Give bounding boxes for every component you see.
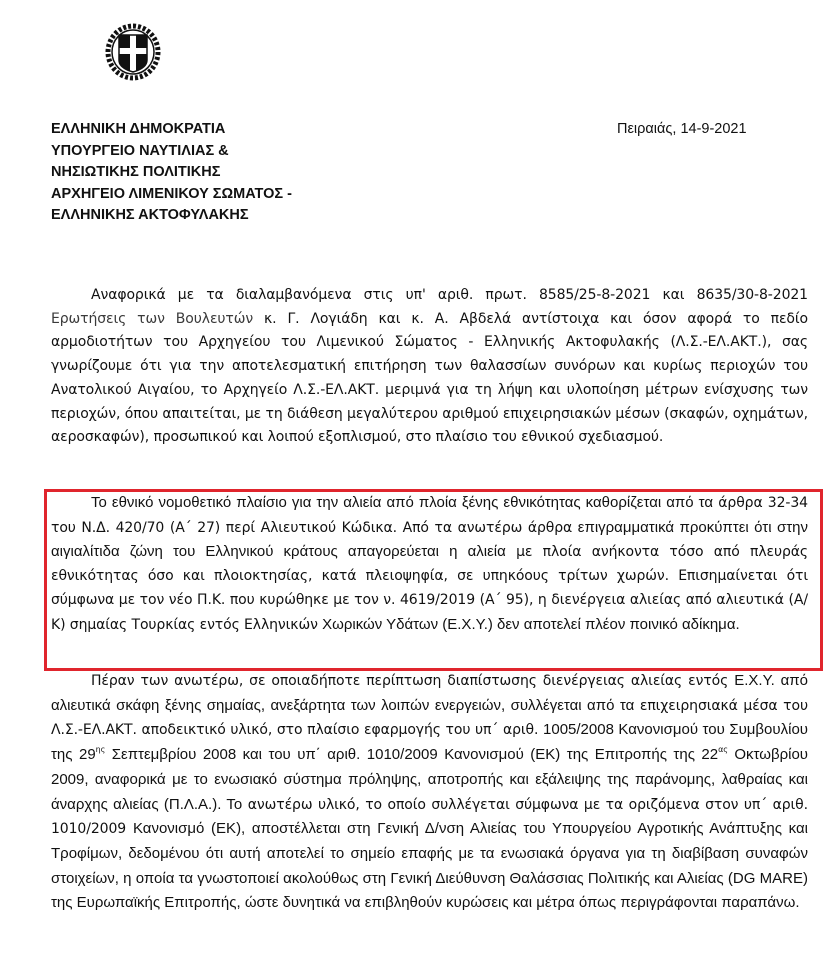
authority-line: ΕΛΛΗΝΙΚΗΣ ΑΚΤΟΦΥΛΑΚΗΣ: [51, 205, 292, 227]
greek-coat-of-arms-icon: [105, 22, 161, 84]
ordinal-suffix: ης: [96, 745, 106, 754]
authority-line: ΑΡΧΗΓΕΙΟ ΛΙΜΕΝΙΚΟΥ ΣΩΜΑΤΟΣ -: [51, 184, 292, 206]
paragraph-text: κ. Γ. Λογιάδη και κ. Α. Αβδελά αντίστοιχ…: [51, 311, 808, 446]
paragraph-3: Πέραν των ανωτέρω, σε οποιαδήποτε περίπτ…: [51, 669, 808, 916]
issuing-authority: ΕΛΛΗΝΙΚΗ ΔΗΜΟΚΡΑΤΙΑ ΥΠΟΥΡΓΕΙΟ ΝΑΥΤΙΛΙΑΣ …: [51, 119, 292, 227]
place-and-date: Πειραιάς, 14-9-2021: [617, 119, 747, 141]
paragraph-text: Κανονισμού (ΕΚ) της Επιτροπής της 22: [444, 746, 718, 763]
paragraph-text: Χωρικών Υδάτων (Ε.Χ.Υ.) δεν αποτελεί πλέ…: [322, 616, 740, 633]
authority-line: ΝΗΣΙΩΤΙΚΗΣ ΠΟΛΙΤΙΚΗΣ: [51, 162, 292, 184]
paragraph-text: επιβληθούν κυρώσεις και μέτρα όπως περιγ…: [365, 894, 800, 911]
paragraph-text: Αναφορικά με τα διαλαμβανόμενα στις υπ' …: [91, 287, 808, 303]
questions-reference-link[interactable]: Ερωτήσεις των Βουλευτών: [51, 311, 253, 327]
paragraph-text: Σεπτεμβρίου 2008 και του υπ΄ αριθ. 1010/…: [105, 746, 444, 763]
paragraph-text: Το εθνικό νομοθετικό πλαίσιο για την αλι…: [91, 494, 713, 511]
paragraph-text: Πέραν των ανωτέρω, σε οποιαδήποτε περίπτ…: [91, 673, 734, 689]
ordinal-suffix: ας: [718, 745, 728, 754]
authority-line: ΥΠΟΥΡΓΕΙΟ ΝΑΥΤΙΛΙΑΣ &: [51, 141, 292, 163]
paragraph-1: Αναφορικά με τα διαλαμβανόμενα στις υπ' …: [51, 284, 808, 450]
paragraph-2-highlighted: Το εθνικό νομοθετικό πλαίσιο για την αλι…: [51, 491, 808, 637]
authority-line: ΕΛΛΗΝΙΚΗ ΔΗΜΟΚΡΑΤΙΑ: [51, 119, 292, 141]
